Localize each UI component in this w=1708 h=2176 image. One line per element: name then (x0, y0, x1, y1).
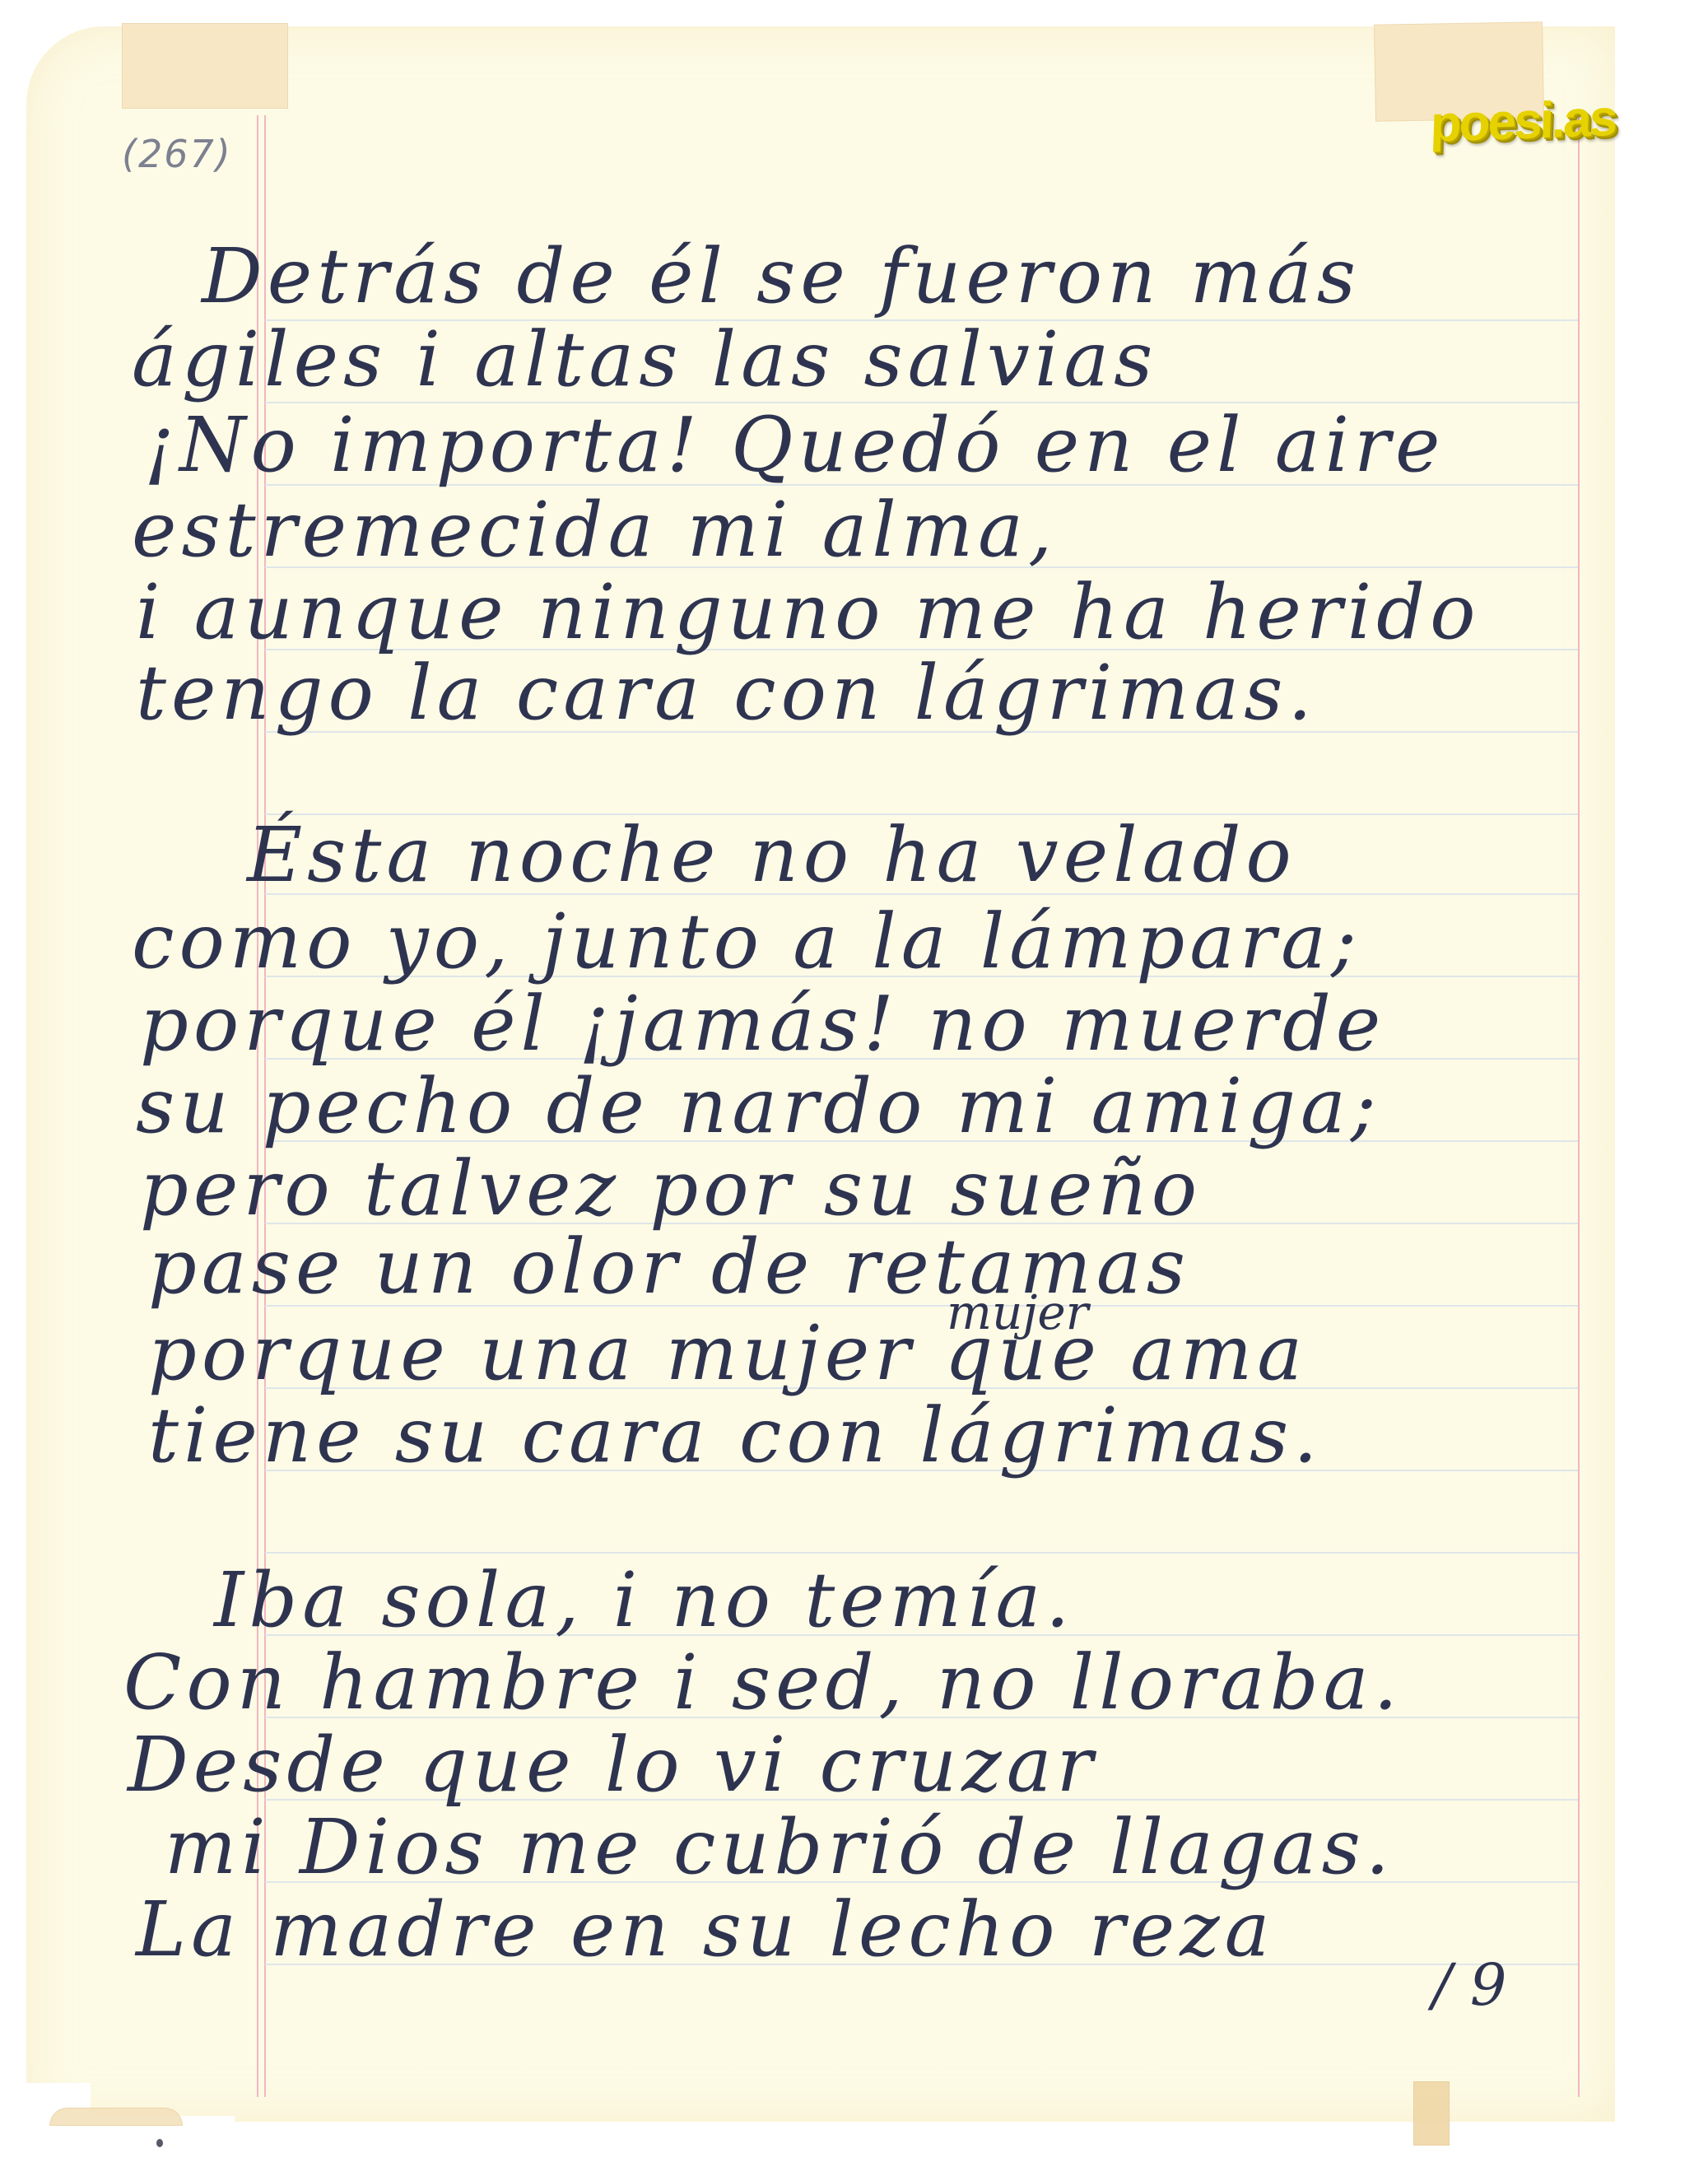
poem-line: i aunque ninguno me ha herido (136, 568, 1480, 656)
poem-line: Ésta noche no ha velado (247, 811, 1296, 899)
poem-line: Desde que lo vi cruzar (128, 1721, 1098, 1809)
tape-strip-top-left (122, 23, 288, 109)
poem-line: La madre en su lecho reza (136, 1885, 1275, 1973)
page-number: (267) (122, 132, 232, 176)
poem-line: pero talvez por su sueño (140, 1144, 1202, 1232)
right-margin-line (1578, 115, 1580, 2097)
poem-line: mi Dios me cubrió de llagas. (165, 1803, 1394, 1891)
ruled-line (265, 1552, 1578, 1554)
continuation-mark: / 9 (1432, 1951, 1506, 2019)
poem-line: tiene su cara con lágrimas. (148, 1391, 1322, 1479)
poem-line: tengo la cara con lágrimas. (136, 649, 1317, 737)
poem-line: porque él ¡jamás! no muerde (140, 980, 1385, 1068)
tape-strip-bottom-right (1413, 2081, 1450, 2146)
inserted-correction: mujer (947, 1284, 1088, 1340)
poem-line: ¡No importa! Quedó en el aire (144, 401, 1445, 489)
watermark-logo: poesi.as (1430, 89, 1617, 154)
poem-line: porque una mujer que ama (148, 1309, 1307, 1397)
ink-spot (156, 2139, 163, 2147)
tape-strip-bottom-left (49, 2108, 183, 2126)
poem-line: como yo, junto a la lámpara; (132, 897, 1361, 985)
poem-line: Con hambre i sed, no lloraba. (123, 1638, 1403, 1726)
poem-line: ágiles i altas las salvias (132, 315, 1157, 403)
poem-line: su pecho de nardo mi amiga; (136, 1062, 1381, 1150)
poem-line: Detrás de él se fueron más (202, 232, 1361, 320)
poem-line: Iba sola, i no temía. (214, 1556, 1074, 1644)
poem-line: estremecida mi alma, (132, 486, 1057, 574)
